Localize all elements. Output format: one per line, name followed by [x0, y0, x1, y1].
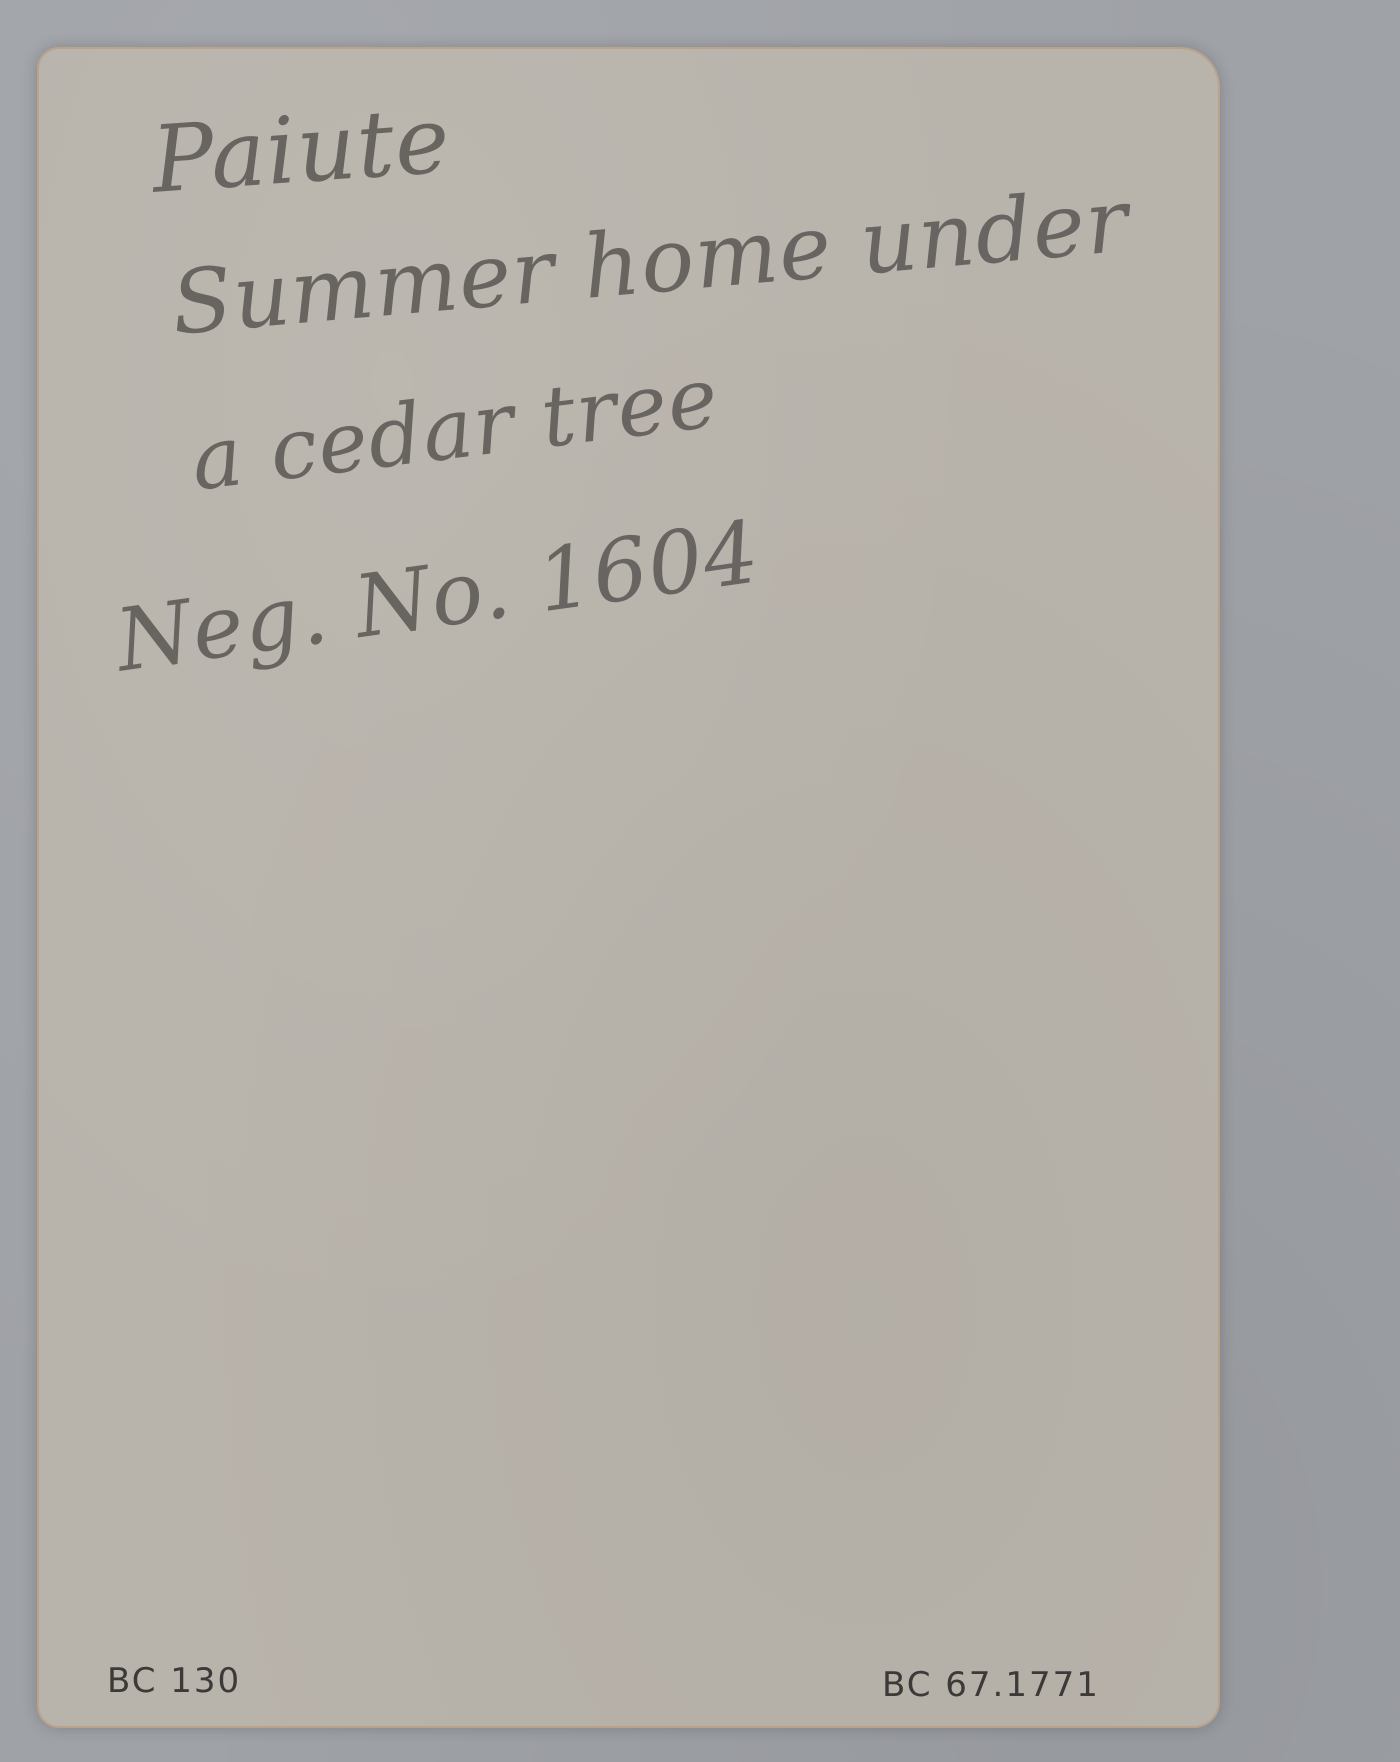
catalog-number-right: BC 67.1771: [882, 1665, 1100, 1705]
catalog-number-left: BC 130: [107, 1661, 241, 1701]
caption-line-2: a cedar tree: [186, 348, 724, 510]
negative-number: Neg. No. 1604: [110, 502, 766, 691]
tribe-annotation: Paiute: [148, 86, 453, 214]
photo-card-back: Paiute Summer home under a cedar tree Ne…: [37, 47, 1220, 1728]
